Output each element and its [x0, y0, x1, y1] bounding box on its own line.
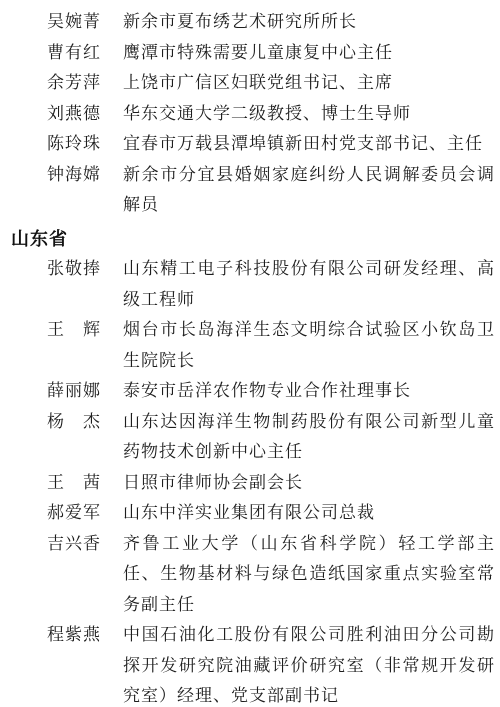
list-item: 薛丽娜 泰安市岳洋农作物专业合作社理事长 [47, 376, 500, 407]
list-item: 王 辉 烟台市长岛海洋生态文明综合试验区小钦岛卫生院院长 [47, 315, 500, 376]
person-name: 钟海嫦 [47, 160, 101, 191]
document-page: 吴婉菁 新余市夏布绣艺术研究所所长 曹有红 鹰潭市特殊需要儿童康复中心主任 余芳… [0, 0, 500, 707]
person-name: 王 茜 [47, 468, 101, 499]
list-item: 曹有红 鹰潭市特殊需要儿童康复中心主任 [47, 38, 500, 69]
person-name: 吉兴香 [47, 529, 101, 560]
list-item: 吉兴香 齐鲁工业大学（山东省科学院）轻工学部主任、生物基材料与绿色造纸国家重点实… [47, 529, 500, 621]
list-item: 杨 杰 山东达因海洋生物制药股份有限公司新型儿童药物技术创新中心主任 [47, 407, 500, 468]
person-name: 张敬捧 [47, 254, 101, 285]
person-title: 泰安市岳洋农作物专业合作社理事长 [123, 376, 495, 407]
person-title: 山东达因海洋生物制药股份有限公司新型儿童药物技术创新中心主任 [123, 407, 495, 468]
person-title: 上饶市广信区妇联党组书记、主席 [123, 68, 495, 99]
person-title: 日照市律师协会副会长 [123, 468, 495, 499]
list-item: 钟海嫦 新余市分宜县婚姻家庭纠纷人民调解委员会调解员 [47, 160, 500, 221]
list-item: 陈玲珠 宜春市万载县潭埠镇新田村党支部书记、主任 [47, 129, 500, 160]
person-name: 薛丽娜 [47, 376, 101, 407]
person-title: 山东精工电子科技股份有限公司研发经理、高级工程师 [123, 254, 495, 315]
person-title: 鹰潭市特殊需要儿童康复中心主任 [123, 38, 495, 69]
list-item: 张敬捧 山东精工电子科技股份有限公司研发经理、高级工程师 [47, 254, 500, 315]
person-title: 华东交通大学二级教授、博士生导师 [123, 99, 495, 130]
list-item: 王 茜 日照市律师协会副会长 [47, 468, 500, 499]
person-name: 吴婉菁 [47, 7, 101, 38]
list-item: 程紫燕 中国石油化工股份有限公司胜利油田分公司勘探开发研究院油藏评价研究室（非常… [47, 620, 500, 707]
person-name: 刘燕德 [47, 99, 101, 130]
person-name: 余芳萍 [47, 68, 101, 99]
person-name: 陈玲珠 [47, 129, 101, 160]
list-item: 余芳萍 上饶市广信区妇联党组书记、主席 [47, 68, 500, 99]
list-item: 郝爱军 山东中洋实业集团有限公司总裁 [47, 498, 500, 529]
person-name: 曹有红 [47, 38, 101, 69]
section-header-shandong: 山东省 [11, 224, 500, 255]
person-title: 中国石油化工股份有限公司胜利油田分公司勘探开发研究院油藏评价研究室（非常规开发研… [123, 620, 495, 707]
person-title: 宜春市万载县潭埠镇新田村党支部书记、主任 [123, 129, 495, 160]
person-name: 程紫燕 [47, 620, 101, 651]
person-title: 新余市分宜县婚姻家庭纠纷人民调解委员会调解员 [123, 160, 495, 221]
list-item: 刘燕德 华东交通大学二级教授、博士生导师 [47, 99, 500, 130]
person-title: 山东中洋实业集团有限公司总裁 [123, 498, 495, 529]
person-name: 王 辉 [47, 315, 101, 346]
person-title: 齐鲁工业大学（山东省科学院）轻工学部主任、生物基材料与绿色造纸国家重点实验室常务… [123, 529, 495, 621]
person-title: 烟台市长岛海洋生态文明综合试验区小钦岛卫生院院长 [123, 315, 495, 376]
person-name: 杨 杰 [47, 407, 101, 438]
list-item: 吴婉菁 新余市夏布绣艺术研究所所长 [47, 7, 500, 38]
person-title: 新余市夏布绣艺术研究所所长 [123, 7, 495, 38]
person-name: 郝爱军 [47, 498, 101, 529]
